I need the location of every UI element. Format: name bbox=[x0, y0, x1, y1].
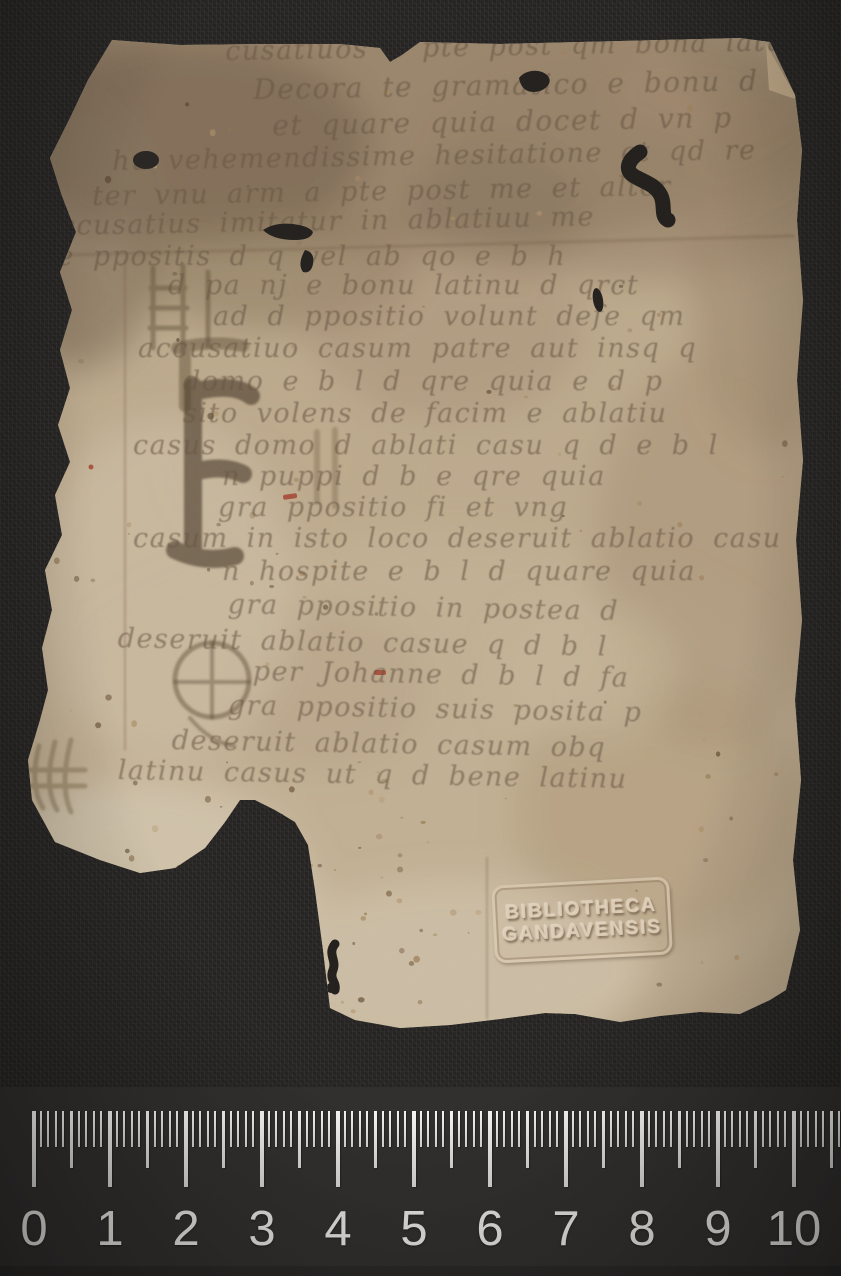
ruler-tick bbox=[800, 1111, 802, 1147]
ruler-tick bbox=[374, 1111, 377, 1168]
ruler-tick bbox=[321, 1111, 323, 1147]
ruler-tick bbox=[176, 1111, 178, 1147]
ruler-tick bbox=[169, 1111, 171, 1147]
ruler-tick bbox=[184, 1111, 188, 1187]
ruler-tick bbox=[161, 1111, 163, 1147]
ruler-tick bbox=[450, 1111, 453, 1168]
ruler-tick bbox=[458, 1111, 460, 1147]
ruler-tick bbox=[815, 1111, 817, 1147]
ruler-tick bbox=[518, 1111, 520, 1147]
ruler-tick bbox=[427, 1111, 429, 1147]
ruler-tick bbox=[100, 1111, 102, 1147]
ruler-tick bbox=[366, 1111, 368, 1147]
ruler-tick bbox=[328, 1111, 330, 1147]
ruler-tick bbox=[473, 1111, 475, 1147]
ink-blots bbox=[25, 30, 810, 1035]
ruler-number: 9 bbox=[704, 1205, 731, 1254]
ruler-tick bbox=[572, 1111, 574, 1147]
ruler-tick bbox=[632, 1111, 634, 1147]
ruler-tick bbox=[716, 1111, 720, 1187]
ruler-tick bbox=[442, 1111, 444, 1147]
ink-blot bbox=[591, 287, 605, 312]
ink-blot bbox=[628, 152, 668, 220]
ruler-tick bbox=[237, 1111, 239, 1147]
ruler-tick bbox=[298, 1111, 301, 1168]
ruler-tick bbox=[138, 1111, 140, 1147]
ruler-tick bbox=[503, 1111, 505, 1147]
ruler-tick bbox=[556, 1111, 558, 1147]
ruler-tick bbox=[686, 1111, 688, 1147]
ruler-tick bbox=[306, 1111, 308, 1147]
ruler-tick bbox=[359, 1111, 361, 1147]
ruler-tick bbox=[701, 1111, 703, 1147]
ruler-tick bbox=[344, 1111, 346, 1147]
ruler-tick bbox=[412, 1111, 416, 1187]
ruler-tick bbox=[678, 1111, 681, 1168]
ruler-number: 7 bbox=[552, 1205, 579, 1254]
library-stamp: BIBLIOTHECA GANDAVENSIS bbox=[491, 876, 673, 963]
ruler-tick bbox=[268, 1111, 270, 1147]
ruler-tick bbox=[602, 1111, 605, 1168]
ruler-tick bbox=[32, 1111, 36, 1187]
ruler-tick bbox=[116, 1111, 118, 1147]
ruler-tick bbox=[625, 1111, 627, 1147]
ruler-tick bbox=[480, 1111, 482, 1147]
ruler-tick bbox=[807, 1111, 809, 1147]
ruler-tick bbox=[648, 1111, 650, 1147]
ruler-tick bbox=[290, 1111, 292, 1147]
ruler-tick bbox=[541, 1111, 543, 1147]
ink-blot bbox=[326, 983, 336, 993]
ruler-tick bbox=[640, 1111, 644, 1187]
ruler-tick bbox=[146, 1111, 149, 1168]
ruler-tick bbox=[40, 1111, 42, 1147]
manuscript-fragment: cusatiuos a pte post qm bona latuDecora … bbox=[25, 30, 810, 1035]
ruler-tick bbox=[610, 1111, 612, 1147]
ruler-tick bbox=[154, 1111, 156, 1147]
ruler-tick bbox=[822, 1111, 824, 1147]
ink-blot bbox=[263, 224, 313, 240]
ruler-tick bbox=[693, 1111, 695, 1147]
ruler-tick bbox=[47, 1111, 49, 1147]
tear-hole bbox=[133, 151, 159, 169]
photo-stage: cusatiuos a pte post qm bona latuDecora … bbox=[0, 0, 841, 1276]
ruler-number: 3 bbox=[248, 1205, 275, 1254]
ruler-tick bbox=[207, 1111, 209, 1147]
ruler-tick bbox=[230, 1111, 232, 1147]
ruler-number: 8 bbox=[628, 1205, 655, 1254]
ruler-tick bbox=[587, 1111, 589, 1147]
ruler-tick bbox=[663, 1111, 665, 1147]
ruler-tick bbox=[260, 1111, 264, 1187]
ruler-tick bbox=[579, 1111, 581, 1147]
ink-blot bbox=[300, 250, 313, 272]
ruler-tick bbox=[496, 1111, 498, 1147]
ruler-tick bbox=[70, 1111, 73, 1168]
ruler-tick bbox=[397, 1111, 399, 1147]
ruler-tick bbox=[708, 1111, 710, 1147]
ruler-number: 4 bbox=[324, 1205, 351, 1254]
ruler-tick bbox=[404, 1111, 406, 1147]
ruler-tick bbox=[724, 1111, 726, 1147]
ruler-tick bbox=[214, 1111, 216, 1147]
ruler-tick bbox=[85, 1111, 87, 1147]
ruler-number: 5 bbox=[400, 1205, 427, 1254]
ruler-tick bbox=[192, 1111, 194, 1147]
ruler-tick bbox=[435, 1111, 437, 1147]
ruler-number: 2 bbox=[172, 1205, 199, 1254]
ruler-tick bbox=[55, 1111, 57, 1147]
ruler-tick bbox=[245, 1111, 247, 1147]
ruler-tick bbox=[549, 1111, 551, 1147]
ruler-tick bbox=[336, 1111, 340, 1187]
ruler-tick bbox=[838, 1111, 840, 1147]
ruler-tick bbox=[488, 1111, 492, 1187]
ruler-tick bbox=[382, 1111, 384, 1147]
ruler: 012345678910 bbox=[0, 1087, 841, 1276]
ruler-tick bbox=[108, 1111, 112, 1187]
ruler-tick bbox=[784, 1111, 786, 1147]
ruler-tick bbox=[351, 1111, 353, 1147]
ruler-tick bbox=[511, 1111, 513, 1147]
ruler-tick bbox=[252, 1111, 254, 1147]
ruler-tick bbox=[830, 1111, 833, 1168]
ruler-tick bbox=[131, 1111, 133, 1147]
ruler-tick bbox=[731, 1111, 733, 1147]
ruler-tick bbox=[769, 1111, 771, 1147]
ruler-tick bbox=[123, 1111, 125, 1147]
ruler-number: 6 bbox=[476, 1205, 503, 1254]
ruler-tick bbox=[792, 1111, 796, 1187]
ruler-tick bbox=[777, 1111, 779, 1147]
ink-blot bbox=[519, 71, 550, 92]
ruler-tick bbox=[275, 1111, 277, 1147]
ruler-tick bbox=[655, 1111, 657, 1147]
ruler-number: 0 bbox=[20, 1205, 47, 1254]
ruler-tick bbox=[526, 1111, 529, 1168]
ruler-tick bbox=[62, 1111, 64, 1147]
ruler-tick bbox=[670, 1111, 672, 1147]
ink-blot bbox=[332, 944, 336, 990]
ruler-number: 10 bbox=[767, 1205, 822, 1254]
ruler-tick bbox=[389, 1111, 391, 1147]
ruler-tick bbox=[283, 1111, 285, 1147]
ruler-tick bbox=[754, 1111, 757, 1168]
ruler-tick bbox=[746, 1111, 748, 1147]
ruler-tick bbox=[594, 1111, 596, 1147]
ruler-tick bbox=[617, 1111, 619, 1147]
ruler-tick bbox=[222, 1111, 225, 1168]
ruler-tick bbox=[313, 1111, 315, 1147]
ruler-tick bbox=[93, 1111, 95, 1147]
ruler-tick bbox=[420, 1111, 422, 1147]
ruler-tick bbox=[199, 1111, 201, 1147]
ruler-number: 1 bbox=[96, 1205, 123, 1254]
ruler-tick bbox=[534, 1111, 536, 1147]
ruler-tick bbox=[78, 1111, 80, 1147]
ruler-tick bbox=[465, 1111, 467, 1147]
ruler-tick bbox=[564, 1111, 568, 1187]
ruler-tick bbox=[762, 1111, 764, 1147]
ruler-tick bbox=[739, 1111, 741, 1147]
